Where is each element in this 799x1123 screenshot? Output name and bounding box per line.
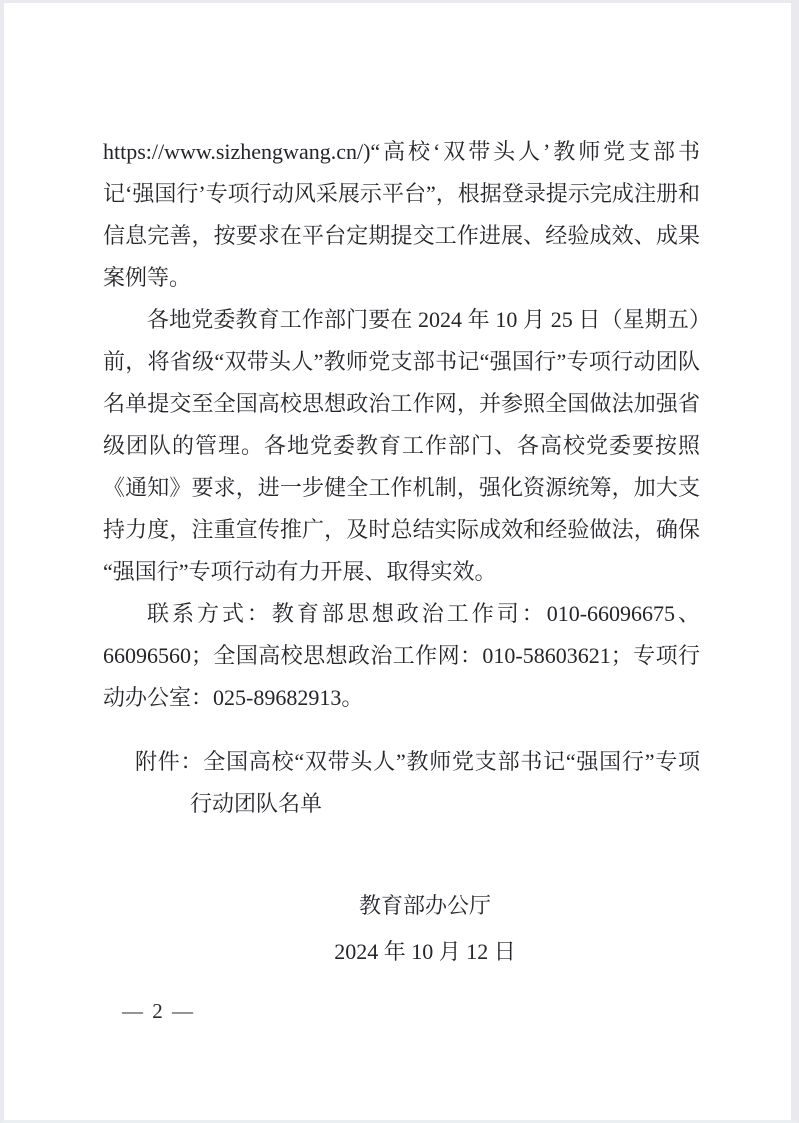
attachment-line: 附件：全国高校“双带头人”教师党支部书记“强国行”专项行动团队名单 xyxy=(103,741,700,825)
document-page: https://www.sizhengwang.cn/)“高校‘双带头人’教师党… xyxy=(0,0,799,1123)
document-body: https://www.sizhengwang.cn/)“高校‘双带头人’教师党… xyxy=(103,3,700,975)
body-paragraph-deadline: 各地党委教育工作部门要在 2024 年 10 月 25 日（星期五）前，将省级“… xyxy=(103,299,700,593)
signature-organization: 教育部办公厅 xyxy=(300,883,550,929)
page-number: — 2 — xyxy=(122,999,195,1024)
signature-date: 2024 年 10 月 12 日 xyxy=(300,929,550,975)
body-paragraph-url-platform: https://www.sizhengwang.cn/)“高校‘双带头人’教师党… xyxy=(103,131,700,299)
signature-block: 教育部办公厅 2024 年 10 月 12 日 xyxy=(300,883,550,975)
body-paragraph-contacts: 联系方式：教育部思想政治工作司：010-66096675、66096560；全国… xyxy=(103,593,700,719)
